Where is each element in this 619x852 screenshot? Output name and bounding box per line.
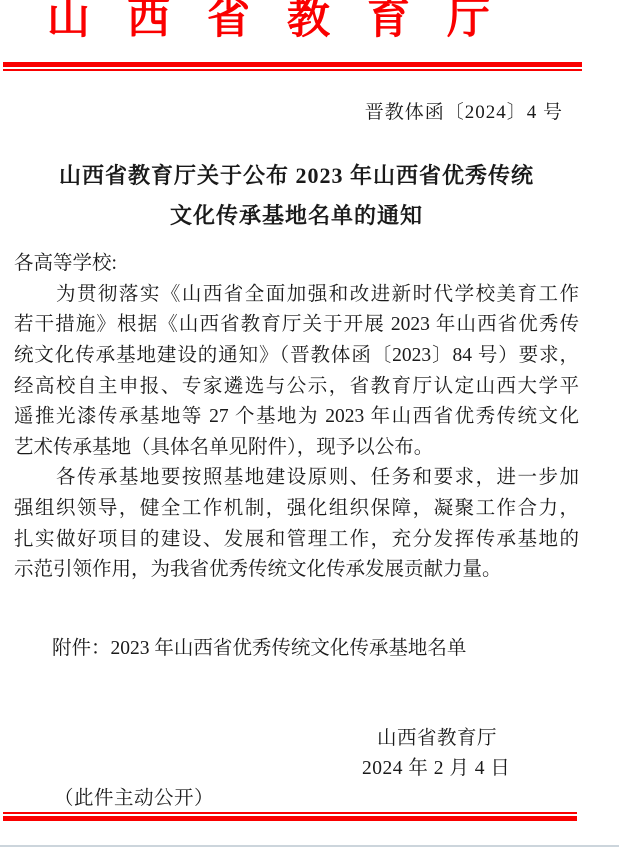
signature-date: 2024 年 2 月 4 日 <box>362 752 510 780</box>
body-line: 扎实做好项目的建设、发展和管理工作，充分发挥传承基地的 <box>14 525 579 556</box>
letterhead-divider-thin <box>3 69 582 71</box>
footer-divider-thin <box>3 812 577 814</box>
body-line: 经高校自主申报、专家遴选与公示，省教育厅认定山西大学平 <box>14 372 579 403</box>
letterhead-divider-thick <box>3 62 582 67</box>
body-line: 遥推光漆传承基地等 27 个基地为 2023 年山西省优秀传统文化 <box>14 402 579 433</box>
body-line: 统文化传承基地建设的通知》（晋教体函〔2023〕84 号）要求， <box>14 341 579 372</box>
body-line: 示范引领作用，为我省优秀传统文化传承发展贡献力量。 <box>14 555 579 586</box>
document-reference-number: 晋教体函〔2024〕4 号 <box>365 97 563 124</box>
body-line: 强组织领导，健全工作机制，强化组织保障，凝聚工作合力， <box>14 494 579 525</box>
notice-title-line1: 山西省教育厅关于公布 2023 年山西省优秀传统 <box>14 156 579 196</box>
body-line: 艺术传承基地（具体名单见附件），现予以公布。 <box>14 433 579 464</box>
public-disclosure-note: （此件主动公开） <box>54 782 214 810</box>
signature-org-name: 山西省教育厅 <box>377 722 497 750</box>
page-bottom-edge <box>0 845 619 847</box>
footer-divider-thick <box>3 816 577 821</box>
notice-body: 各高等学校: 为贯彻落实《山西省全面加强和改进新时代学校美育工作 若干措施》根据… <box>14 249 579 586</box>
body-line: 若干措施》根据《山西省教育厅关于开展 2023 年山西省优秀传 <box>14 310 579 341</box>
notice-title: 山西省教育厅关于公布 2023 年山西省优秀传统 文化传承基地名单的通知 <box>14 156 579 236</box>
salutation: 各高等学校: <box>14 249 579 280</box>
body-line: 各传承基地要按照基地建设原则、任务和要求，进一步加 <box>14 463 579 494</box>
attachment-note: 附件：2023 年山西省优秀传统文化传承基地名单 <box>52 632 466 660</box>
notice-title-line2: 文化传承基地名单的通知 <box>14 196 579 236</box>
official-document-page: 山西省教育厅 晋教体函〔2024〕4 号 山西省教育厅关于公布 2023 年山西… <box>0 0 619 852</box>
letterhead-org-name: 山西省教育厅 <box>47 0 527 44</box>
body-line: 为贯彻落实《山西省全面加强和改进新时代学校美育工作 <box>14 280 579 311</box>
